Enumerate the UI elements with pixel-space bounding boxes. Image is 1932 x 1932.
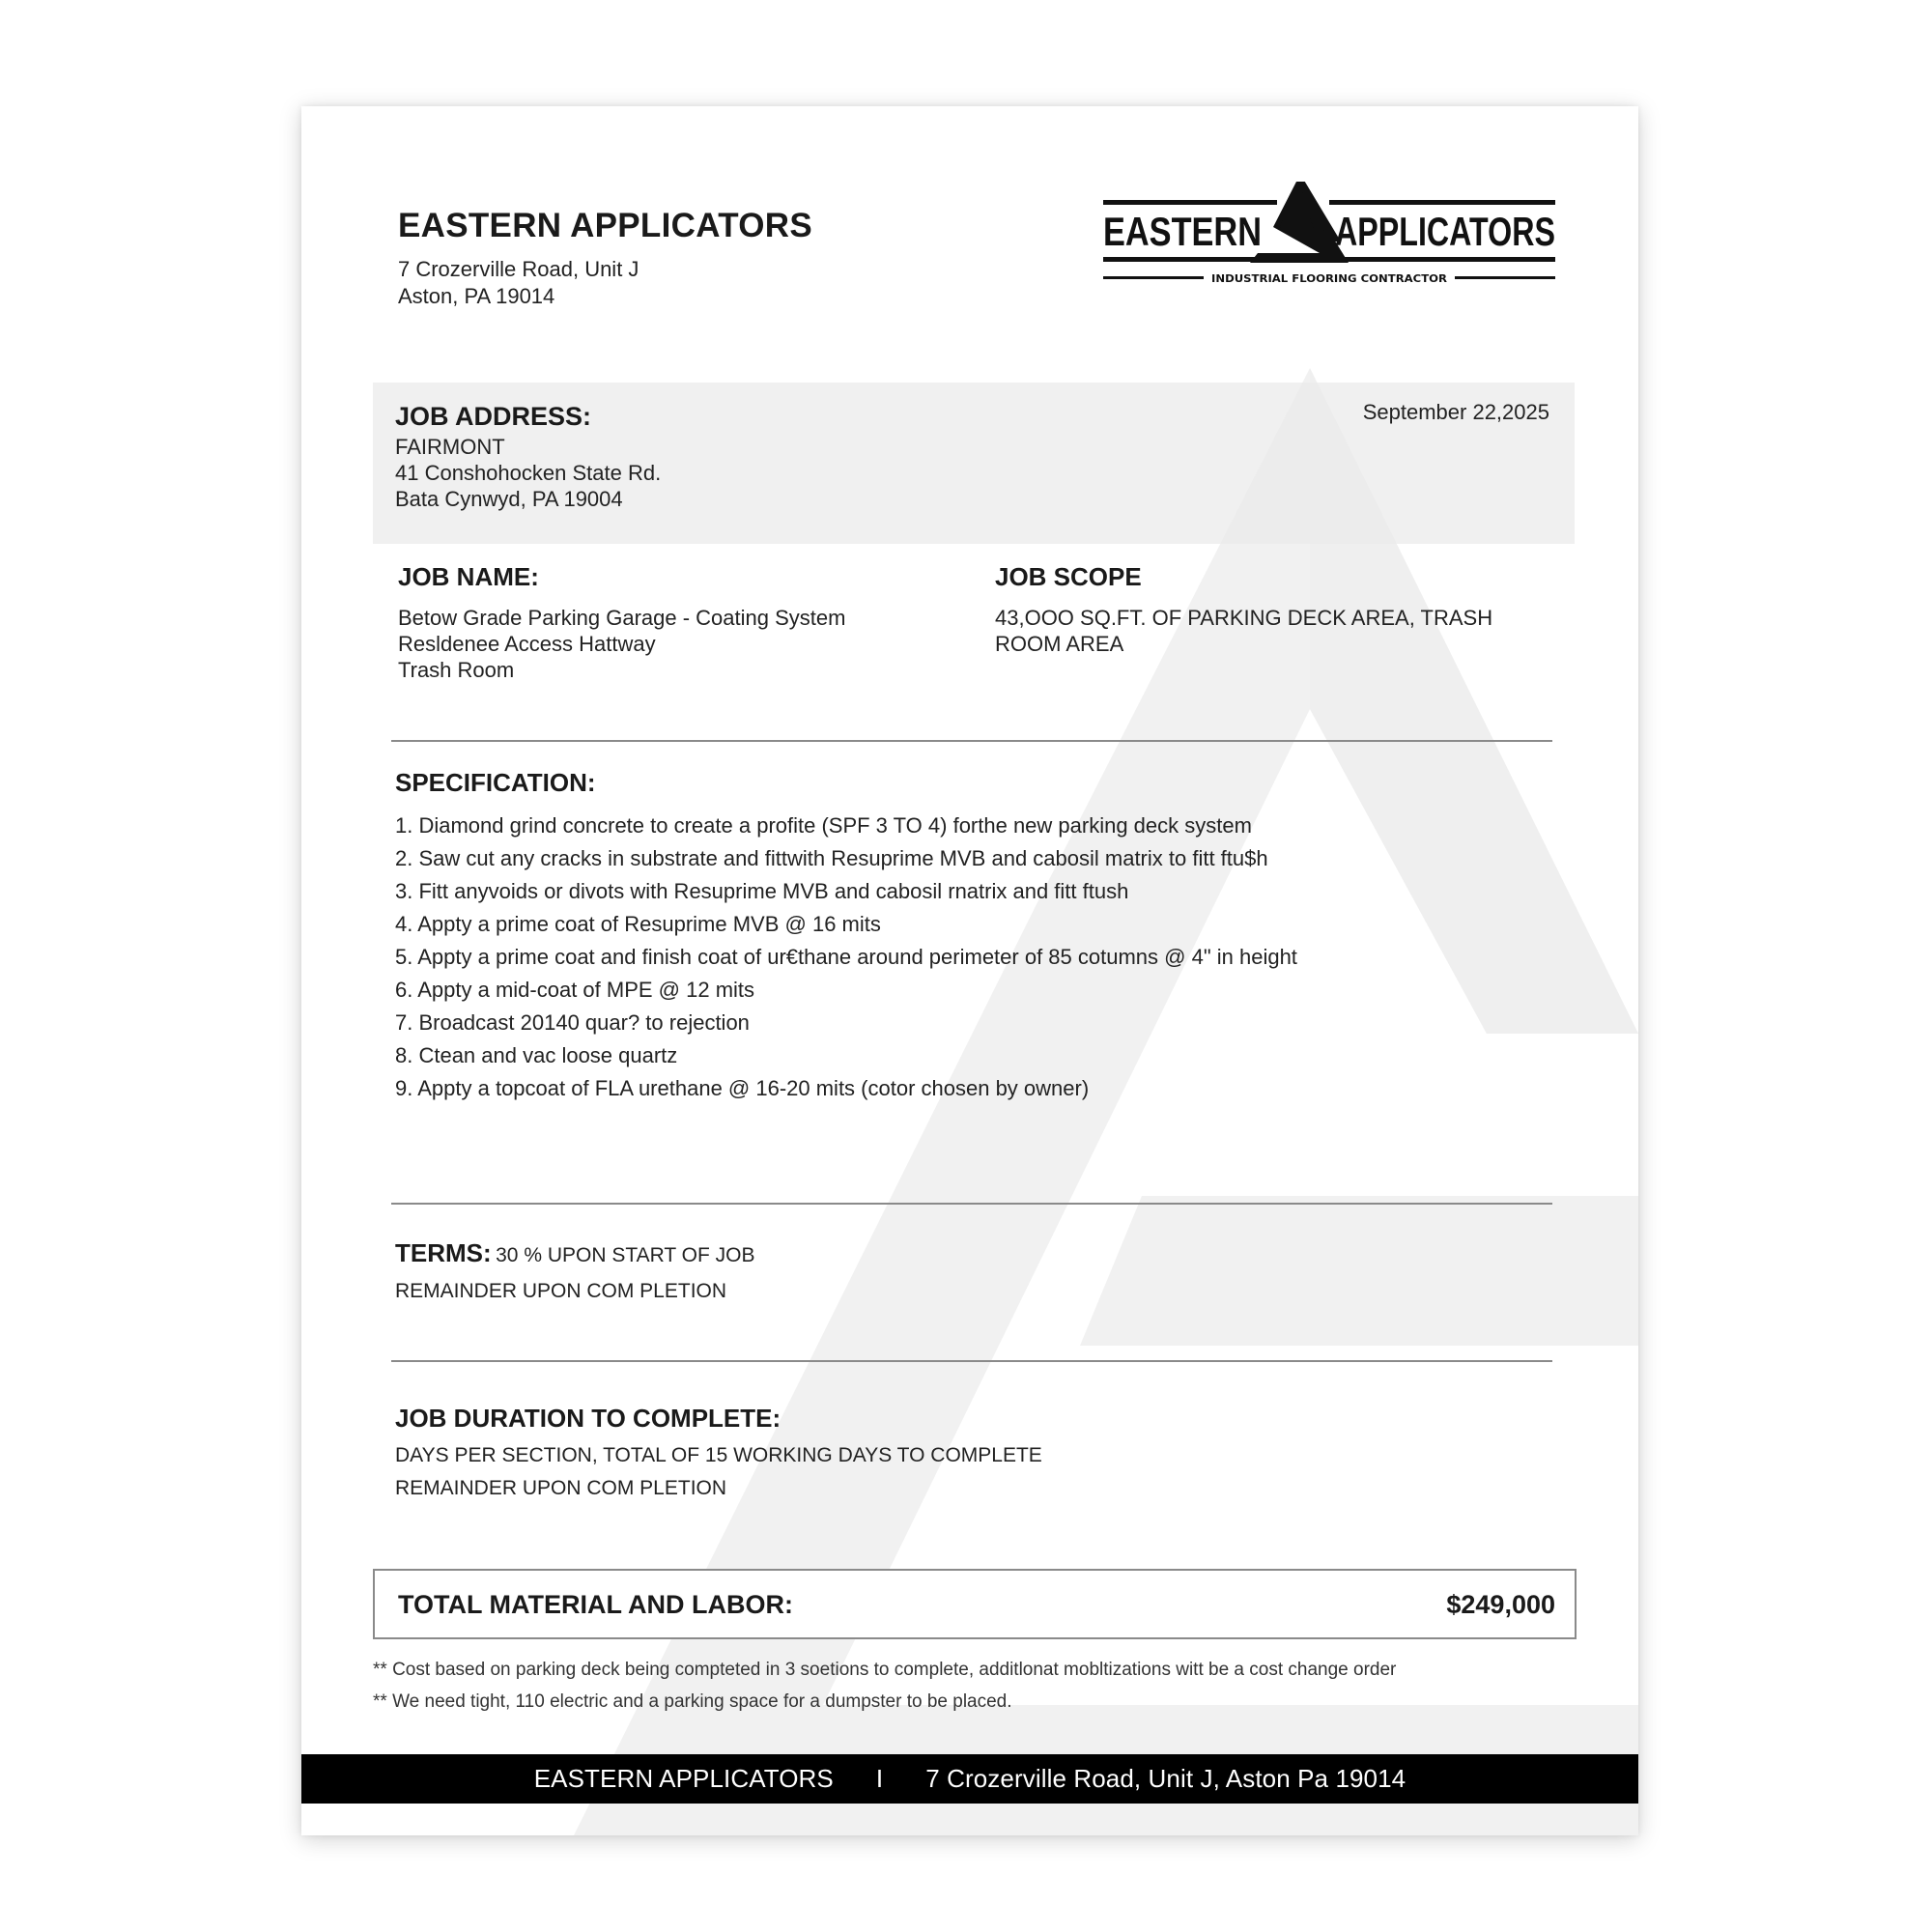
triangle-a-monogram-icon [1250, 182, 1349, 263]
spec-item: 7. Broadcast 20140 quar? to rejection [395, 1007, 1297, 1039]
job-address-line: FAIRMONT [395, 434, 661, 460]
duration-line2: REMAINDER UPON COM PLETION [395, 1475, 726, 1501]
job-address-label: JOB ADDRESS: [395, 402, 591, 432]
estimate-document: EASTERN APPLICATORS 7 Crozerville Road, … [301, 106, 1638, 1835]
terms: TERMS: 30 % UPON START OF JOB [395, 1238, 755, 1268]
total-value: $249,000 [1446, 1590, 1555, 1620]
spec-item: 3. Fitt anyvoids or divots with Resuprim… [395, 875, 1297, 908]
duration-label: JOB DURATION TO COMPLETE: [395, 1404, 781, 1434]
spec-item: 1. Diamond grind concrete to create a pr… [395, 810, 1297, 842]
job-name-line: Trash Room [398, 657, 845, 683]
logo-word-right: APPLICATORS [1335, 209, 1555, 254]
company-address-line1: 7 Crozerville Road, Unit J [398, 256, 639, 283]
spec-item: 8. Ctean and vac loose quartz [395, 1039, 1297, 1072]
job-address-line: 41 Conshohocken State Rd. [395, 460, 661, 486]
specification-label: SPECIFICATION: [395, 768, 596, 798]
job-scope-label: JOB SCOPE [995, 562, 1142, 592]
specification-list: 1. Diamond grind concrete to create a pr… [395, 810, 1297, 1105]
terms-line1: 30 % UPON START OF JOB [496, 1244, 754, 1266]
duration-line1: DAYS PER SECTION, TOTAL OF 15 WORKING DA… [395, 1442, 1042, 1468]
footer-address: 7 Crozerville Road, Unit J, Aston Pa 190… [925, 1764, 1406, 1794]
footer-separator: I [876, 1764, 883, 1794]
terms-line2: REMAINDER UPON COM PLETION [395, 1278, 726, 1304]
company-logo: EASTERN APPLICATORS INDUSTRIAL FLOORING … [1103, 182, 1555, 288]
spec-item: 6. Appty a mid-coat of MPE @ 12 mits [395, 974, 1297, 1007]
job-address: FAIRMONT 41 Conshohocken State Rd. Bata … [395, 434, 661, 512]
note-cost: ** Cost based on parking deck being comp… [373, 1660, 1396, 1681]
company-name: EASTERN APPLICATORS [398, 207, 812, 245]
divider [391, 1203, 1552, 1205]
divider [391, 1360, 1552, 1362]
logo-tagline: INDUSTRIAL FLOORING CONTRACTOR [1211, 272, 1448, 285]
company-address-line2: Aston, PA 19014 [398, 283, 639, 310]
note-requirements: ** We need tight, 110 electric and a par… [373, 1691, 1012, 1713]
company-address: 7 Crozerville Road, Unit J Aston, PA 190… [398, 256, 639, 310]
job-scope-line: ROOM AREA [995, 631, 1492, 657]
footer-bar: EASTERN APPLICATORS I 7 Crozerville Road… [301, 1754, 1638, 1804]
job-scope: 43,OOO SQ.FT. OF PARKING DECK AREA, TRAS… [995, 605, 1492, 657]
logo-word-left: EASTERN [1103, 209, 1262, 254]
document-date: September 22,2025 [1363, 400, 1549, 425]
total-label: TOTAL MATERIAL AND LABOR: [398, 1590, 793, 1620]
divider [391, 740, 1552, 742]
spec-item: 9. Appty a topcoat of FLA urethane @ 16-… [395, 1072, 1297, 1105]
job-name: Betow Grade Parking Garage - Coating Sys… [398, 605, 845, 683]
job-name-line: Resldenee Access Hattway [398, 631, 845, 657]
job-name-label: JOB NAME: [398, 562, 539, 592]
spec-item: 2. Saw cut any cracks in substrate and f… [395, 842, 1297, 875]
total-box: TOTAL MATERIAL AND LABOR: $249,000 [373, 1569, 1577, 1639]
footer-company: EASTERN APPLICATORS [534, 1764, 834, 1794]
job-scope-line: 43,OOO SQ.FT. OF PARKING DECK AREA, TRAS… [995, 605, 1492, 631]
spec-item: 5. Appty a prime coat and finish coat of… [395, 941, 1297, 974]
terms-label: TERMS: [395, 1238, 492, 1267]
job-name-line: Betow Grade Parking Garage - Coating Sys… [398, 605, 845, 631]
job-address-line: Bata Cynwyd, PA 19004 [395, 486, 661, 512]
spec-item: 4. Appty a prime coat of Resuprime MVB @… [395, 908, 1297, 941]
